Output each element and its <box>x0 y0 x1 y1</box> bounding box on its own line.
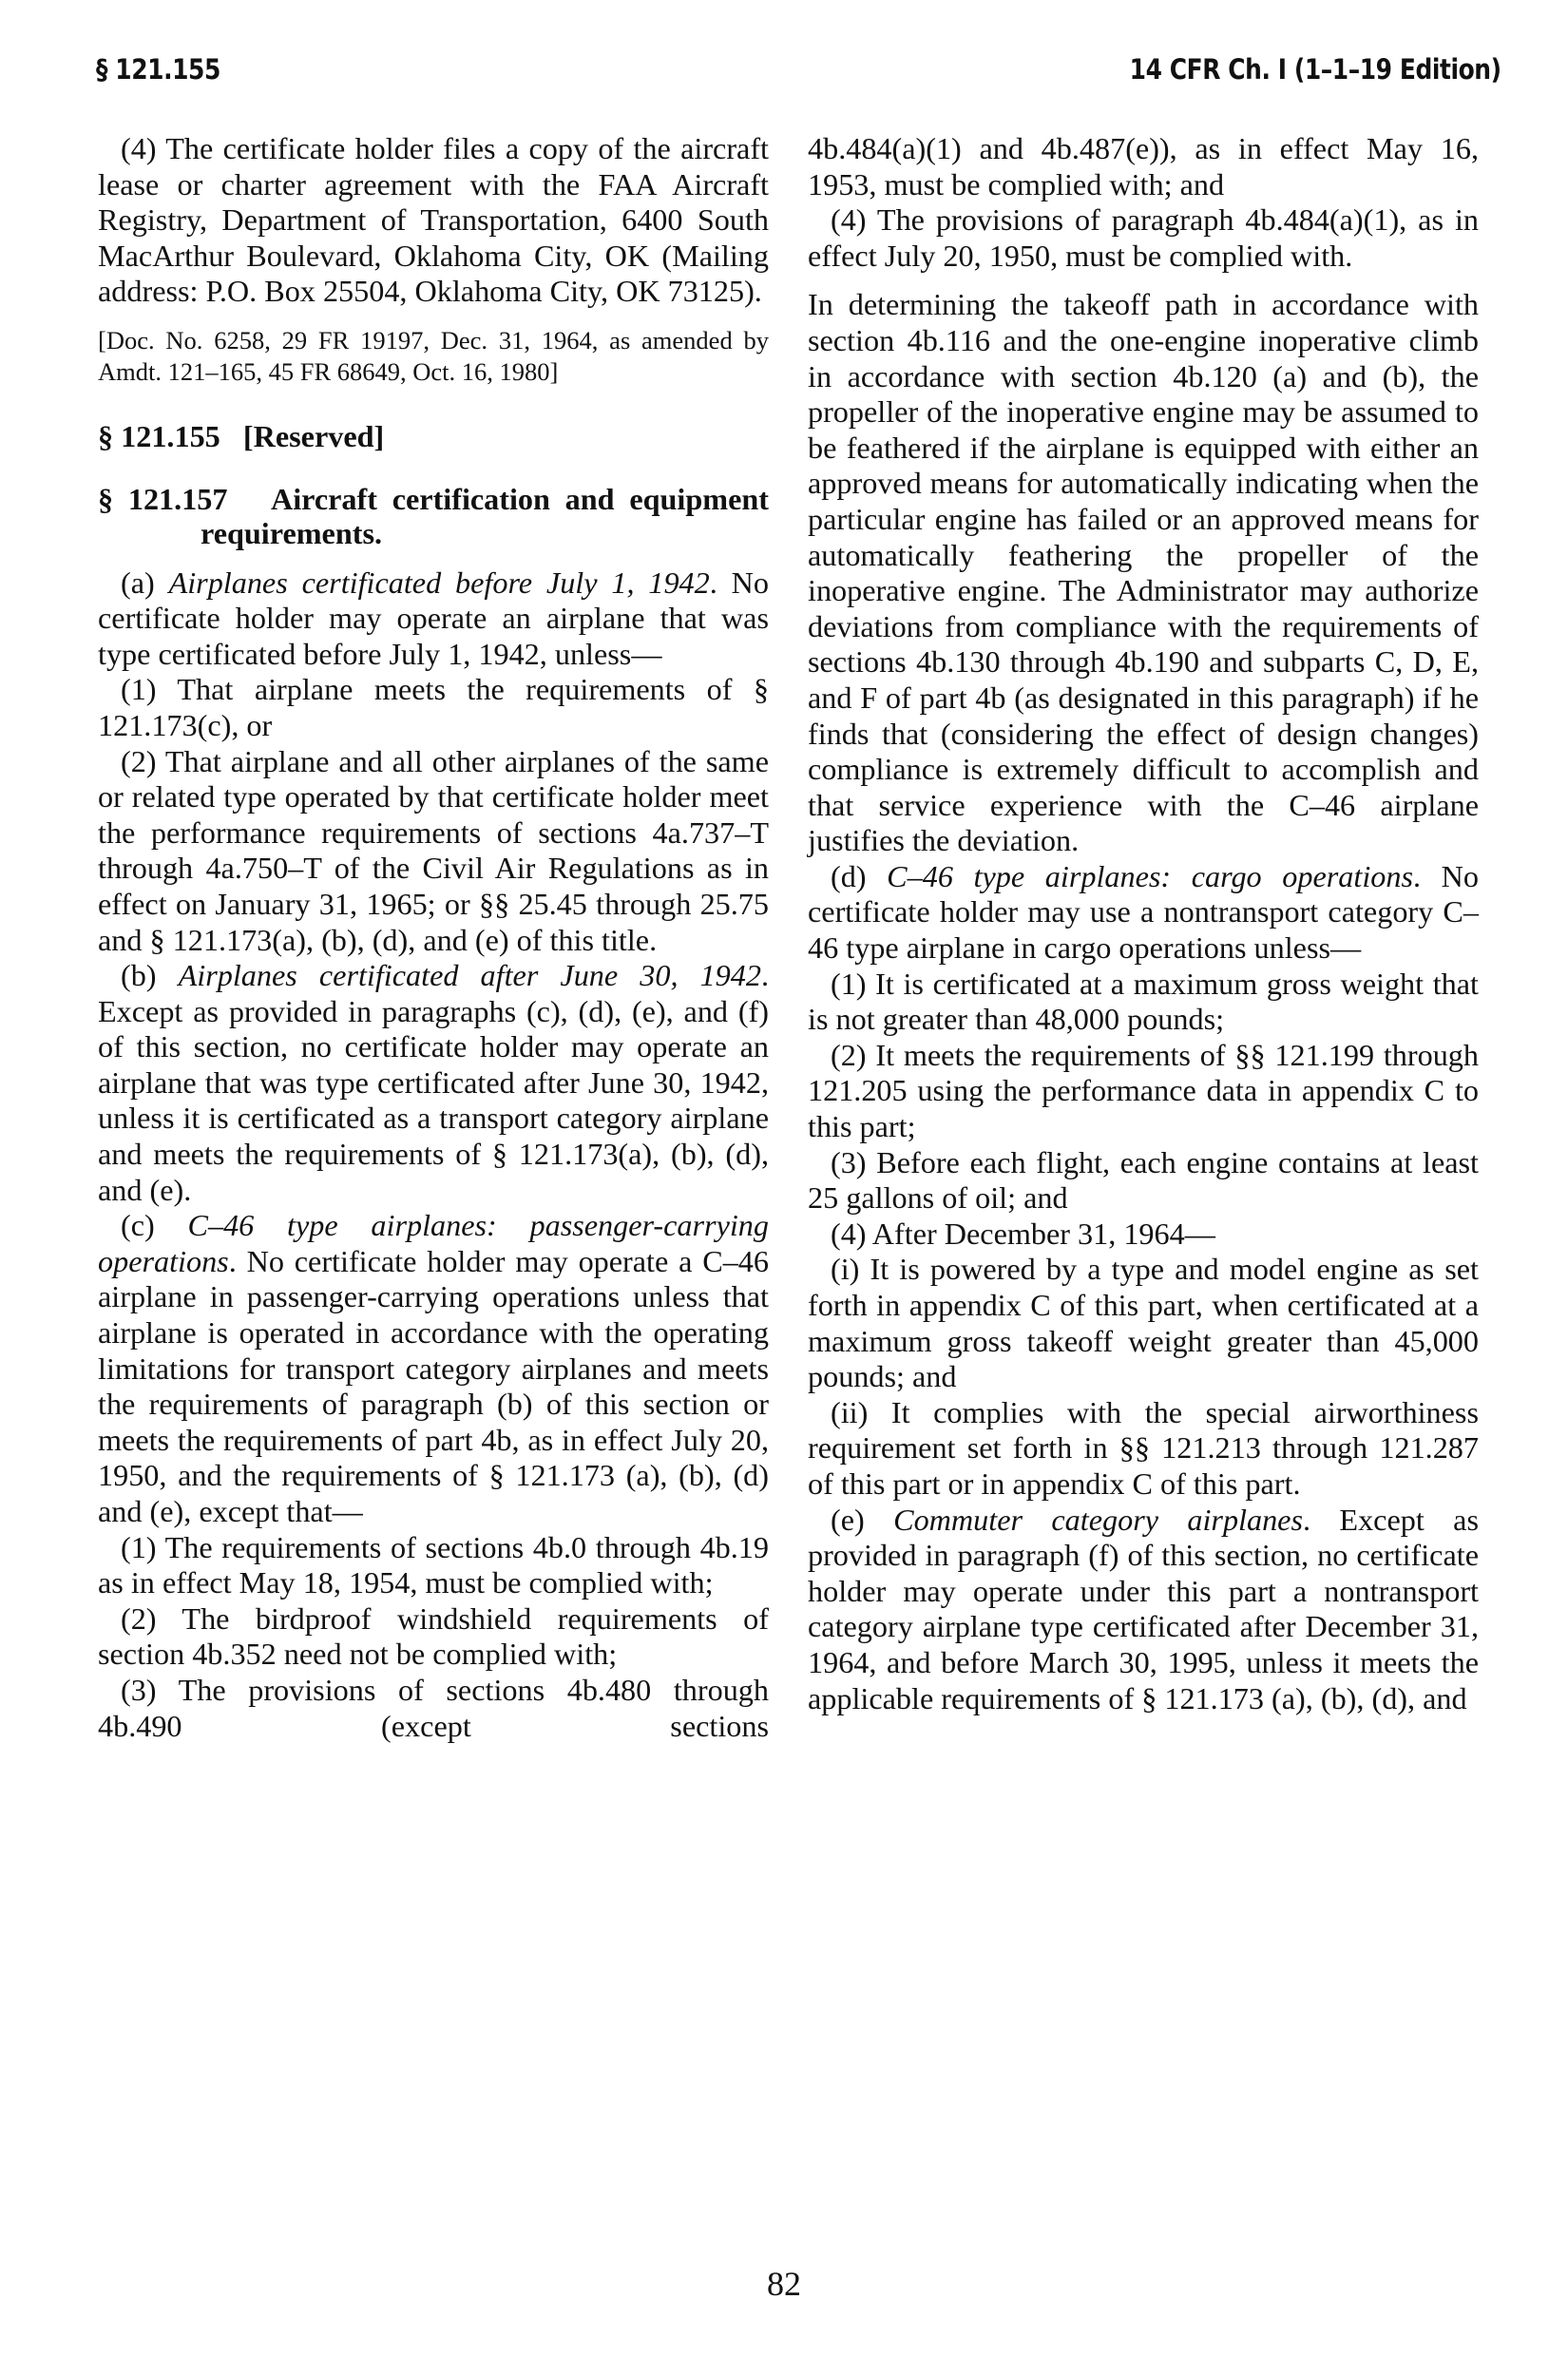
paragraph-d4-i: (i) It is powered by a type and model en… <box>808 1252 1479 1394</box>
section-121-157-heading: § 121.157 Aircraft certification and equ… <box>98 482 769 550</box>
paragraph-d1: (1) It is certificated at a maximum gros… <box>808 967 1479 1038</box>
paragraph-c2: (2) The birdproof windshield requirement… <box>98 1601 769 1673</box>
paragraph-c: (c) C–46 type airplanes: passenger-carry… <box>98 1208 769 1529</box>
paragraph-d4-ii: (ii) It complies with the special airwor… <box>808 1395 1479 1503</box>
paragraph-c3-start: (3) The provisions of sections 4b.480 th… <box>98 1673 769 1744</box>
paragraph-d3: (3) Before each flight, each engine cont… <box>808 1145 1479 1217</box>
paragraph-d2: (2) It meets the requirements of §§ 121.… <box>808 1038 1479 1145</box>
page-number: 82 <box>0 2264 1568 2304</box>
paragraph-b: (b) Airplanes certificated after June 30… <box>98 958 769 1208</box>
flush-paragraph-takeoff-path: In determining the takeoff path in accor… <box>808 287 1479 859</box>
running-header-title: 14 CFR Ch. I (1–1–19 Edition) <box>1130 53 1501 86</box>
paragraph-b-text: . Except as provided in paragraphs (c), … <box>98 958 769 1207</box>
paragraph-c3-end: 4b.484(a)(1) and 4b.487(e)), as in effec… <box>808 131 1479 202</box>
paragraph-d: (d) C–46 type airplanes: cargo operation… <box>808 859 1479 967</box>
paragraph-e: (e) Commuter category airplanes. Except … <box>808 1503 1479 1717</box>
paragraph-c-text: . No certificate holder may operate a C–… <box>98 1244 769 1528</box>
paragraph-d-title: C–46 type airplanes: cargo operations <box>887 859 1413 893</box>
paragraph-a-title: Airplanes certificated before July 1, 19… <box>169 565 710 600</box>
left-column: (4) The certificate holder files a copy … <box>98 131 769 1744</box>
section-121-155-heading: § 121.155 [Reserved] <box>98 419 769 455</box>
paragraph-a: (a) Airplanes certificated before July 1… <box>98 565 769 673</box>
paragraph-4: (4) The certificate holder files a copy … <box>98 131 769 310</box>
paragraph-c-label: (c) <box>121 1208 188 1242</box>
paragraph-d4: (4) After December 31, 1964— <box>808 1217 1479 1253</box>
paragraph-a1: (1) That airplane meets the requirements… <box>98 672 769 743</box>
paragraph-e-title: Commuter category airplanes <box>893 1503 1303 1537</box>
paragraph-b-title: Airplanes certificated after June 30, 19… <box>179 958 761 992</box>
paragraph-e-label: (e) <box>831 1503 893 1537</box>
paragraph-d-label: (d) <box>831 859 887 893</box>
source-citation: [Doc. No. 6258, 29 FR 19197, Dec. 31, 19… <box>98 325 769 388</box>
paragraph-b-label: (b) <box>121 958 179 992</box>
paragraph-a-label: (a) <box>121 565 169 600</box>
right-column: 4b.484(a)(1) and 4b.487(e)), as in effec… <box>808 131 1479 1716</box>
paragraph-a2: (2) That airplane and all other airplane… <box>98 744 769 959</box>
paragraph-c1: (1) The requirements of sections 4b.0 th… <box>98 1530 769 1601</box>
paragraph-c4: (4) The provisions of paragraph 4b.484(a… <box>808 202 1479 274</box>
running-header-section: § 121.155 <box>96 53 220 86</box>
